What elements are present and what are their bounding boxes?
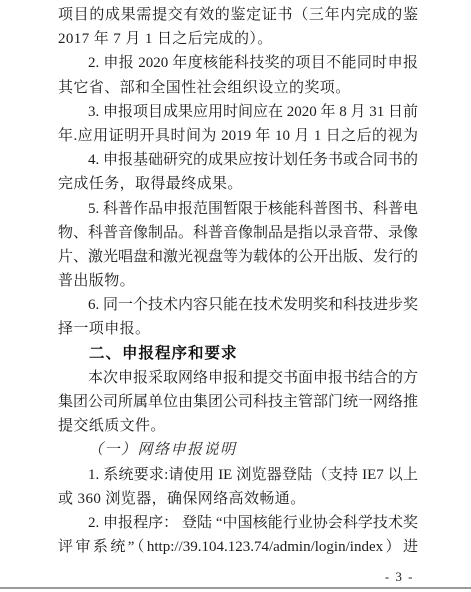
text-line: 二、申报程序和要求 <box>58 342 418 366</box>
text-line: 物、科普音像制品。科普音像制品是指以录音带、录像带、唱 <box>58 221 418 245</box>
text-line: 片、激光唱盘和激光视盘等为载体的公开出版、发行的核能科 <box>58 245 418 269</box>
text-line: 6. 同一个技术内容只能在技术发明奖和科技进步奖中选 <box>58 293 418 317</box>
text-line: 4. 申报基础研究的成果应按计划任务书或合同书的要求 <box>58 148 418 172</box>
text-line: 年.应用证明开具时间为 2019 年 10 月 1 日之后的视为有效。 <box>58 124 418 148</box>
document-page: 项目的成果需提交有效的鉴定证书（三年内完成的鉴定，即2017 年 7 月 1 日… <box>0 0 471 592</box>
text-line: 3. 申报项目成果应用时间应在 2020 年 8 月 31 日前满一 <box>58 100 418 124</box>
footer-divider <box>0 587 471 589</box>
text-line: 1. 系统要求:请使用 IE 浏览器登陆（支持 IE7 以上版本） <box>58 463 418 487</box>
text-line: 2017 年 7 月 1 日之后完成的）。 <box>58 27 418 51</box>
page-number: - 3 - <box>385 569 414 585</box>
text-line: 2. 申报 2020 年度核能科技奖的项目不能同时申报本年度 <box>58 51 418 75</box>
text-line: 择一项申报。 <box>58 317 418 341</box>
text-line: 本次申报采取网络申报和提交书面申报书结合的方式。 <box>58 366 418 390</box>
text-line: 普出版物。 <box>58 269 418 293</box>
text-line: 2. 申报程序： 登陆 “中国核能行业协会科学技术奖网络 <box>58 511 418 535</box>
text-line: 集团公司所属单位由集团公司科技主管部门统一网络推荐和 <box>58 390 418 414</box>
text-line: 提交纸质文件。 <box>58 414 418 438</box>
text-line: 项目的成果需提交有效的鉴定证书（三年内完成的鉴定，即 <box>58 3 418 27</box>
text-line: 5. 科普作品申报范围暂限于核能科普图书、科普电子出版 <box>58 197 418 221</box>
text-line: 其它省、部和全国性社会组织设立的奖项。 <box>58 76 418 100</box>
text-line: 评审系统”（http://39.104.123.74/admin/login/i… <box>58 535 418 559</box>
text-line: 完成任务，取得最终成果。 <box>58 172 418 196</box>
text-line: （一）网络申报说明 <box>58 438 418 462</box>
document-body: 项目的成果需提交有效的鉴定证书（三年内完成的鉴定，即2017 年 7 月 1 日… <box>58 3 418 559</box>
text-line: 或 360 浏览器，确保网络高效畅通。 <box>58 487 418 511</box>
